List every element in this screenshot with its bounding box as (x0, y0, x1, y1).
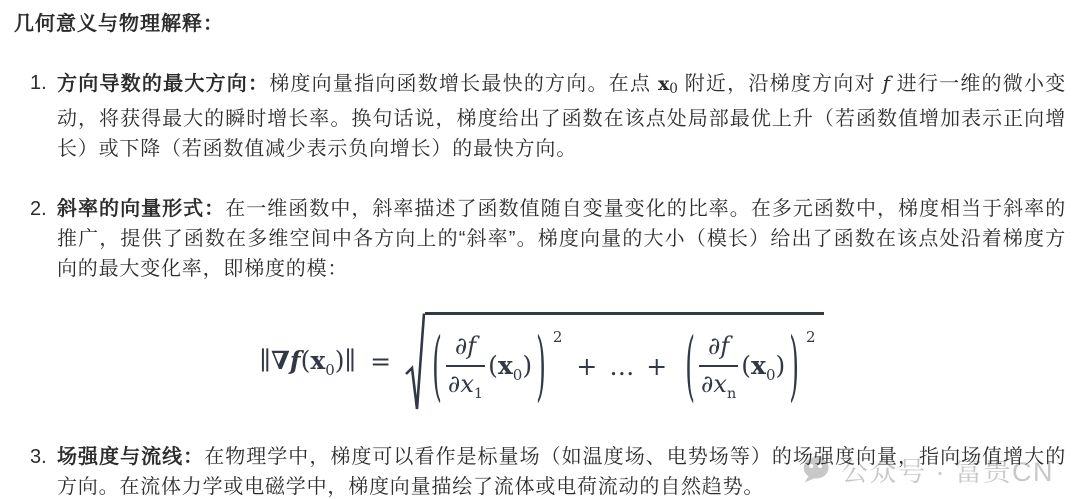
subscript-zero: 0 (325, 361, 335, 379)
formula-block: ∥∇f(x0)∥ = ( ∂f (57, 312, 1026, 412)
norm-bar-close: ∥ (345, 346, 357, 375)
norm-bar-open: ∥ (259, 346, 271, 375)
text-segment: f (882, 71, 889, 95)
partial-term-1: ( ∂f ∂x1 (x0) ) (428, 333, 550, 402)
argument: (x0) (488, 351, 532, 383)
list-item-title: 方向导数的最大方向： (57, 73, 269, 95)
fraction-numerator: ∂f (699, 333, 738, 368)
text-segment: x (658, 73, 669, 95)
vector-x: x (310, 346, 325, 375)
list-item-text: 方向导数的最大方向：梯度向量指向函数增长最快的方向。在点 x0 附近，沿梯度方向… (57, 68, 1066, 164)
subscript-zero: 0 (513, 366, 523, 384)
radicand: ( ∂f ∂x1 (x0) ) 2 + (425, 312, 824, 412)
big-paren-open: ( (685, 321, 695, 413)
text-segment: 0 (669, 81, 678, 97)
fraction-numerator: ∂f (446, 333, 485, 368)
exponent-two: 2 (806, 322, 816, 352)
fraction-denominator: ∂xn (701, 367, 736, 401)
list-item-number: 2. (30, 194, 48, 412)
gradient-norm-formula: ∥∇f(x0)∥ = ( ∂f (259, 312, 823, 412)
list-item-text: 场强度与流线：在物理学中，梯度可以看作是标量场（如温度场、电势场等）的场强度向量… (57, 442, 1066, 499)
subscript-zero: 0 (766, 366, 776, 384)
list-item-text: 斜率的向量形式：在一维函数中，斜率描述了函数值随自变量变化的比率。在多元函数中，… (57, 194, 1066, 412)
list-item-title: 斜率的向量形式： (57, 198, 225, 220)
subscript-n: n (727, 386, 736, 402)
text-segment: 附近，沿梯度方向对 (678, 73, 883, 95)
list-item: 2. 斜率的向量形式：在一维函数中，斜率描述了函数值随自变量变化的比率。在多元函… (30, 194, 1066, 412)
formula-lhs: ∥∇f(x0)∥ (259, 346, 356, 378)
text-segment: 在物理学中，梯度可以看作是标量场（如温度场、电势场等）的场强度向量，指向场值增大… (57, 446, 1066, 498)
paren-open: ( (301, 346, 311, 375)
text-segment: 梯度向量指向函数增长最快的方向。在点 (269, 73, 658, 95)
equals-sign: = (370, 347, 391, 377)
list-item: 3. 场强度与流线：在物理学中，梯度可以看作是标量场（如温度场、电势场等）的场强… (30, 442, 1066, 499)
ordered-list: 1. 方向导数的最大方向：梯度向量指向函数增长最快的方向。在点 x0 附近，沿梯… (14, 68, 1066, 499)
document-content: 几何意义与物理解释： 1. 方向导数的最大方向：梯度向量指向函数增长最快的方向。… (0, 0, 1080, 499)
exponent-two: 2 (553, 322, 563, 352)
page-title: 几何意义与物理解释： (14, 10, 1066, 38)
vector-x: x (498, 351, 513, 380)
big-paren-open: ( (432, 321, 442, 413)
fraction: ∂f ∂x1 (446, 333, 485, 402)
argument: (x0) (741, 351, 785, 383)
nabla-symbol: ∇ (271, 346, 290, 375)
list-item-title: 场强度与流线： (57, 446, 204, 468)
list-item-number: 3. (30, 442, 48, 499)
document-page: 公众号 · 富贵CN 几何意义与物理解释： 1. 方向导数的最大方向：梯度向量指… (0, 0, 1080, 499)
vector-x: x (751, 351, 766, 380)
paren-close: ) (335, 346, 345, 375)
function-f: f (290, 346, 301, 375)
square-root: ( ∂f ∂x1 (x0) ) 2 + (405, 312, 824, 412)
partial-term-n: ( ∂f ∂xn (x0) ) (681, 333, 803, 402)
subscript-one: 1 (474, 386, 483, 402)
list-item: 1. 方向导数的最大方向：梯度向量指向函数增长最快的方向。在点 x0 附近，沿梯… (30, 68, 1066, 164)
list-item-number: 1. (30, 68, 48, 164)
radical-sign-icon (405, 312, 425, 412)
big-paren-close: ) (536, 321, 546, 413)
fraction: ∂f ∂xn (699, 333, 738, 402)
big-paren-close: ) (789, 321, 799, 413)
fraction-denominator: ∂x1 (448, 367, 483, 401)
ellipsis-plus: + … + (576, 352, 669, 382)
list-item-body: 在物理学中，梯度可以看作是标量场（如温度场、电势场等）的场强度向量，指向场值增大… (57, 446, 1066, 498)
